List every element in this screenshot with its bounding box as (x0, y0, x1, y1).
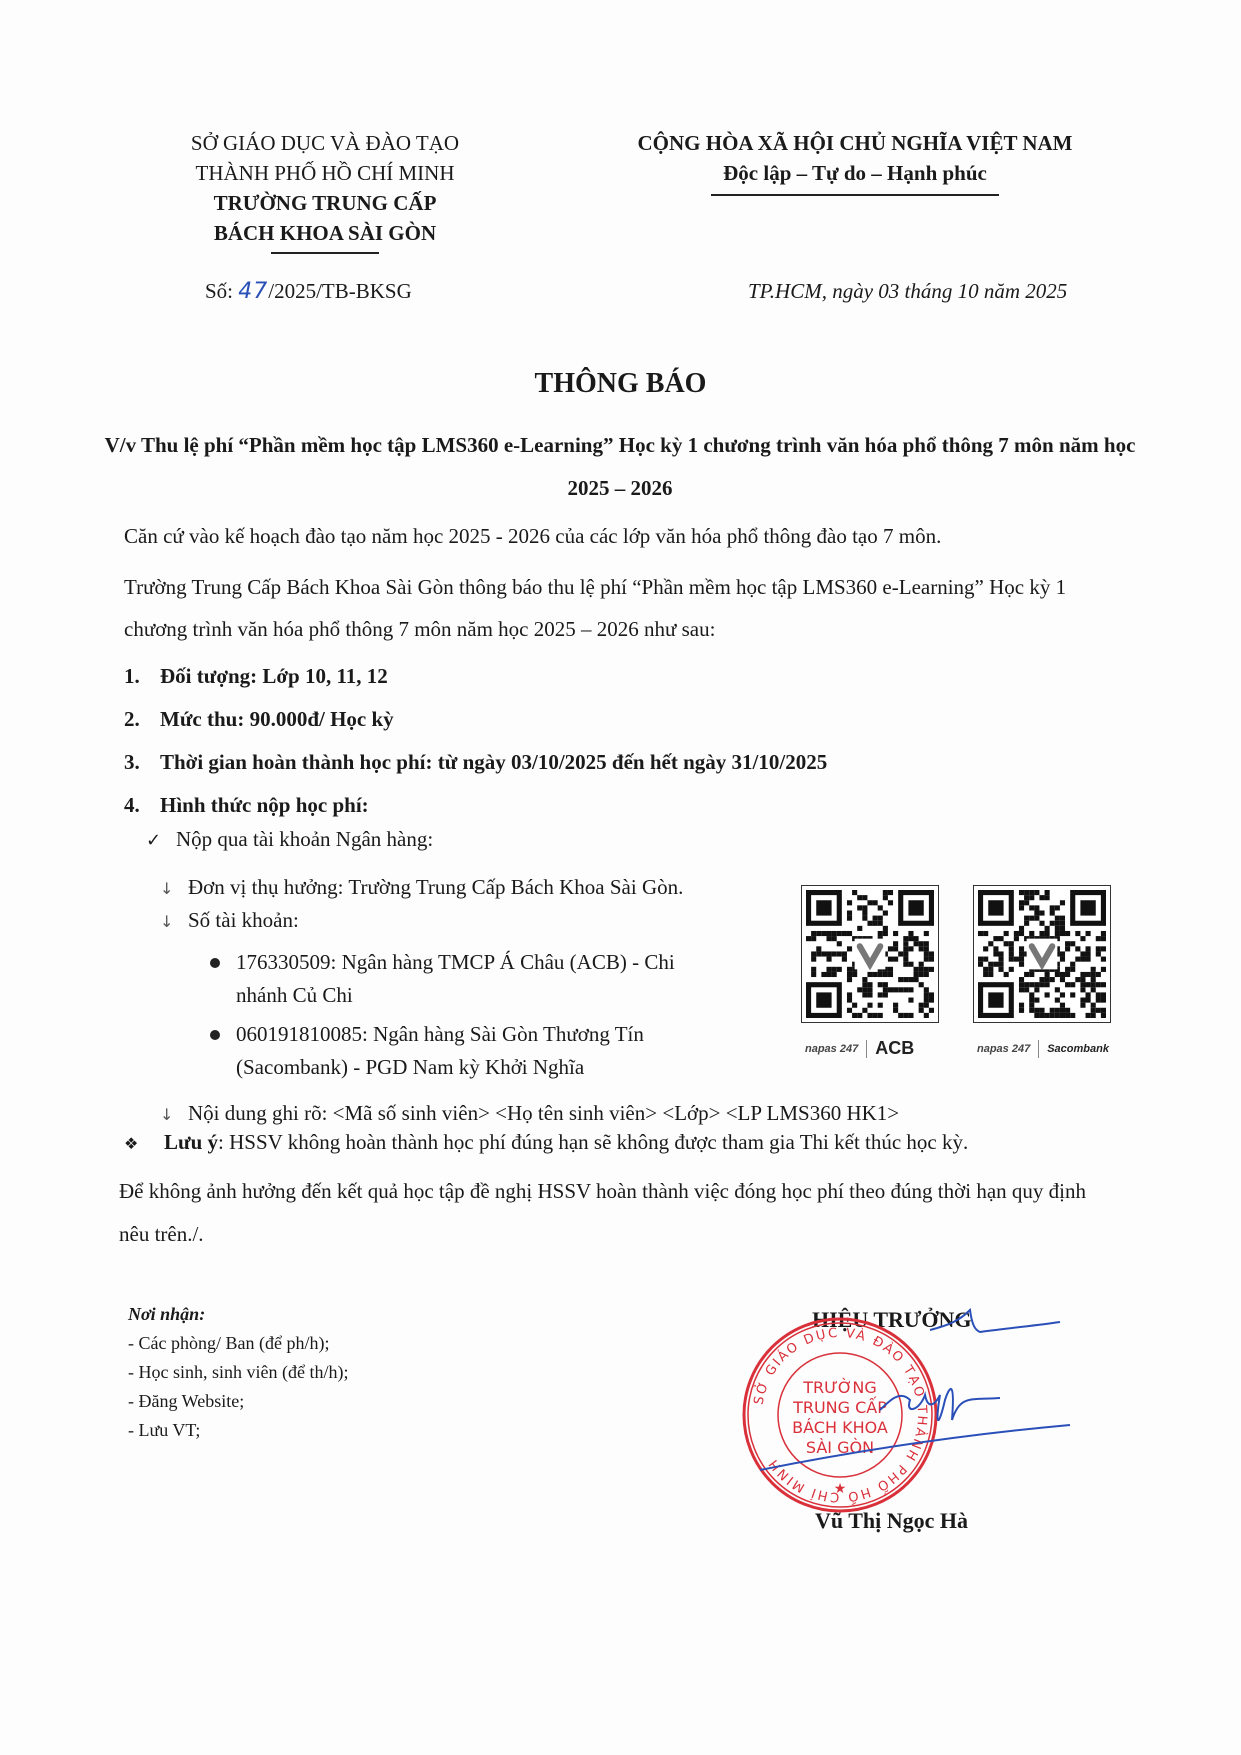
signature-icon (760, 1300, 1080, 1500)
document-title: THÔNG BÁO (0, 368, 1241, 400)
arrow-down-bullet-icon: ↓ (160, 872, 188, 905)
qr-caption-acb: napas 247ACB (805, 1038, 914, 1059)
beneficiary-line: ↓Đơn vị thụ hưởng: Trường Trung Cấp Bách… (160, 871, 683, 905)
account-item: 060191810085: Ngân hàng Sài Gòn Thương T… (210, 1018, 770, 1084)
transfer-content-line: ↓Nội dung ghi rõ: <Mã số sinh viên> <Họ … (160, 1097, 899, 1131)
recipients-heading: Nơi nhận: (128, 1300, 348, 1329)
qr-code-icon (978, 890, 1106, 1018)
qr-code-icon (806, 890, 934, 1018)
signer-name: Vũ Thị Ngọc Hà (815, 1508, 968, 1534)
recipient-item: - Các phòng/ Ban (để ph/h); (128, 1329, 348, 1358)
diamond-bullet-icon: ❖ (124, 1134, 164, 1153)
header-left-divider (271, 252, 379, 254)
qr-caption-sacombank: napas 247Sacombank (977, 1040, 1109, 1058)
national-motto: CỘNG HÒA XÃ HỘI CHỦ NGHĨA VIỆT NAM Độc l… (595, 128, 1115, 196)
note: ❖Lưu ý: HSSV không hoàn thành học phí đú… (124, 1130, 968, 1155)
check-icon: ✓ (146, 830, 176, 851)
authority-line-1: SỞ GIÁO DỤC VÀ ĐÀO TẠO (150, 128, 500, 158)
recipient-item: - Học sinh, sinh viên (để th/h); (128, 1358, 348, 1387)
qr-code-sacombank (973, 885, 1111, 1023)
account-list: 176330509: Ngân hàng TMCP Á Châu (ACB) -… (210, 946, 770, 1090)
account-label-line: ↓Số tài khoản: (160, 904, 299, 938)
document-number: Số: 47/2025/TB-BKSG (205, 279, 412, 304)
motto: Độc lập – Tự do – Hạnh phúc (595, 158, 1115, 188)
bullet-dot-icon (210, 958, 220, 968)
numbered-list: 1.Đối tượng: Lớp 10, 11, 12 2.Mức thu: 9… (124, 655, 827, 827)
arrow-down-bullet-icon: ↓ (160, 905, 188, 938)
account-item: 176330509: Ngân hàng TMCP Á Châu (ACB) -… (210, 946, 770, 1012)
closing-paragraph: Để không ảnh hưởng đến kết quả học tập đ… (119, 1170, 1119, 1256)
list-item: 1.Đối tượng: Lớp 10, 11, 12 (124, 655, 827, 698)
list-item: 4.Hình thức nộp học phí: (124, 784, 827, 827)
handwritten-number: 47 (238, 279, 268, 304)
list-item: 2.Mức thu: 90.000đ/ Học kỳ (124, 698, 827, 741)
bullet-dot-icon (210, 1030, 220, 1040)
school-name-line-1: TRƯỜNG TRUNG CẤP (150, 188, 500, 218)
payment-method: ✓Nộp qua tài khoản Ngân hàng: (146, 827, 433, 852)
header-right-divider (711, 194, 999, 196)
paragraph-announcement: Trường Trung Cấp Bách Khoa Sài Gòn thông… (124, 566, 1114, 650)
arrow-down-bullet-icon: ↓ (160, 1098, 188, 1131)
recipient-item: - Lưu VT; (128, 1416, 348, 1445)
country-name: CỘNG HÒA XÃ HỘI CHỦ NGHĨA VIỆT NAM (595, 128, 1115, 158)
date-line: TP.HCM, ngày 03 tháng 10 năm 2025 (748, 279, 1067, 304)
sacombank-logo: Sacombank (1047, 1043, 1109, 1055)
document-subject: V/v Thu lệ phí “Phần mềm học tập LMS360 … (100, 424, 1140, 510)
issuing-authority: SỞ GIÁO DỤC VÀ ĐÀO TẠO THÀNH PHỐ HỒ CHÍ … (150, 128, 500, 254)
school-name-line-2: BÁCH KHOA SÀI GÒN (150, 218, 500, 248)
authority-line-2: THÀNH PHỐ HỒ CHÍ MINH (150, 158, 500, 188)
recipients: Nơi nhận: - Các phòng/ Ban (để ph/h); - … (128, 1300, 348, 1445)
acb-logo: ACB (875, 1038, 914, 1059)
recipient-item: - Đăng Website; (128, 1387, 348, 1416)
qr-code-acb (801, 885, 939, 1023)
list-item: 3.Thời gian hoàn thành học phí: từ ngày … (124, 741, 827, 784)
paragraph-basis: Căn cứ vào kế hoạch đào tạo năm học 2025… (124, 515, 1114, 557)
